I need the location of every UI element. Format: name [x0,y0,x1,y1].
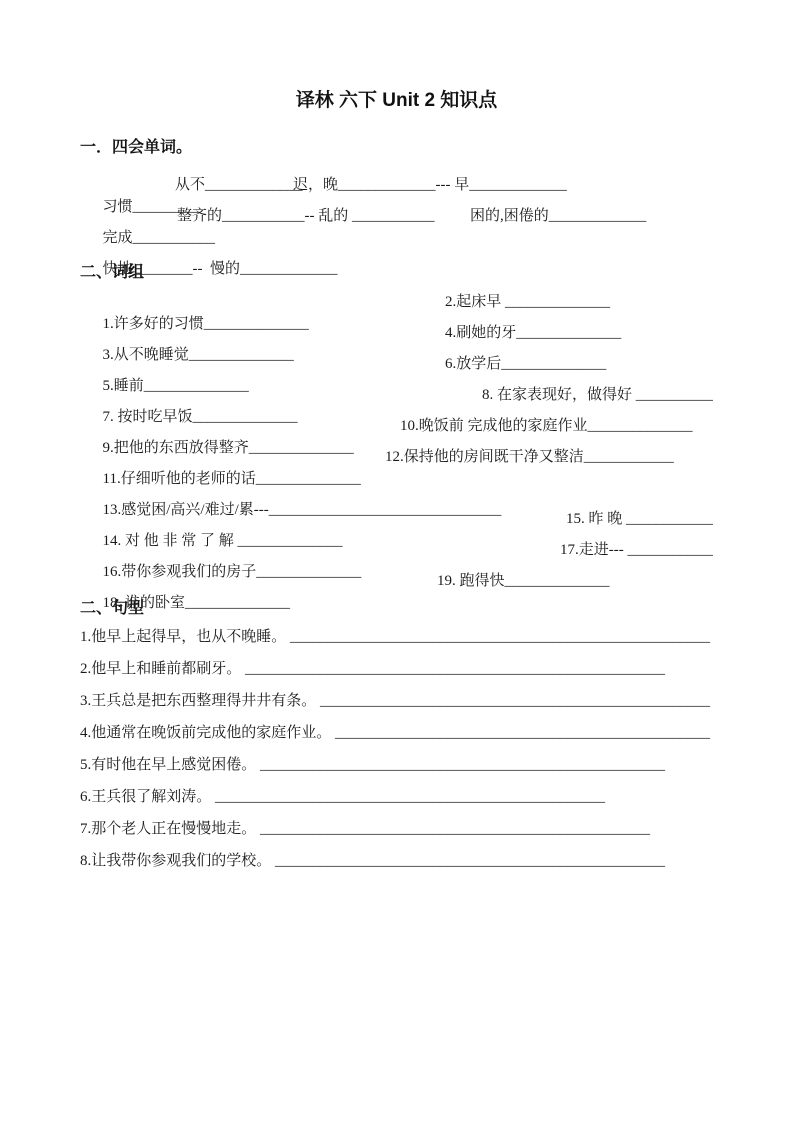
phrase-item-4: 4.刷她的牙______________ [445,322,621,344]
word-blank-late-early: 迟，晚_____________--- 早_____________ [293,174,567,196]
phrase-item-12: 12.保持他的房间既干净又整洁____________ [385,446,674,468]
sentence-item-6: 6.王兵很了解刘涛。 _____________________________… [80,786,713,808]
worksheet-page: 译林 六下 Unit 2 知识点 一．四会单词。 习惯_________ 从不_… [0,0,793,1122]
phrase-row-1: 1.许多好的习惯______________ 2.起床早 ___________… [80,291,713,313]
words-section-heading: 一．四会单词。 [80,136,713,160]
sentence-item-4: 4.他通常在晚饭前完成他的家庭作业。 _____________________… [80,722,713,744]
phrase-row-6: 11.仔细听他的老师的话______________ 12.保持他的房间既干净又… [80,446,713,468]
phrase-row-10: 18. 谁的卧室______________ 19. 跑得快__________… [80,570,713,592]
phrase-item-18: 18. 谁的卧室______________ [103,595,291,611]
phrase-item-8: 8. 在家表现好，做得好 ______________ [482,384,713,406]
page-content: 译林 六下 Unit 2 知识点 一．四会单词。 习惯_________ 从不_… [80,88,713,872]
word-blank-fast-slow: 快地________-- 慢的_____________ [103,261,338,277]
phrase-item-19: 19. 跑得快______________ [437,570,610,592]
sentence-item-3: 3.王兵总是把东西整理得井井有条。 ______________________… [80,690,713,712]
phrase-row-8: 14. 对 他 非 常 了 解 ______________ 15. 昨 晚 _… [80,508,713,530]
phrase-item-6: 6.放学后______________ [445,353,606,375]
phrase-item-17: 17.走进--- ______________ [560,539,713,561]
sentence-item-5: 5.有时他在早上感觉困倦。 __________________________… [80,754,713,776]
document-title: 译林 六下 Unit 2 知识点 [80,88,713,114]
phrase-item-10: 10.晚饭前 完成他的家庭作业______________ [400,415,693,437]
phrase-item-2: 2.起床早 ______________ [445,291,610,313]
phrase-item-15: 15. 昨 晚 ______________ [566,508,713,530]
phrase-row-7: 13.感觉困/高兴/难过/累---_______________________… [80,477,713,499]
word-line-1: 习惯_________ 从不_____________ 迟，晚_________… [80,174,713,196]
sentence-item-8: 8.让我带你参观我们的学校。 _________________________… [80,850,713,872]
word-line-2: 完成___________ 整齐的___________-- 乱的 ______… [80,205,713,227]
phrase-row-4: 7. 按时吃早饭______________ 8. 在家表现好，做得好 ____… [80,384,713,406]
sentence-item-7: 7.那个老人正在慢慢地走。 __________________________… [80,818,713,840]
word-line-3: 快地________-- 慢的_____________ [80,236,713,258]
phrase-row-2: 3.从不晚睡觉______________ 4.刷她的牙____________… [80,322,713,344]
phrase-row-5: 9.把他的东西放得整齐______________ 10.晚饭前 完成他的家庭作… [80,415,713,437]
word-blank-never: 从不_____________ [175,174,303,196]
sentence-item-1: 1.他早上起得早，也从不晚睡。 ________________________… [80,626,713,648]
phrase-row-9: 16.带你参观我们的房子______________ 17.走进--- ____… [80,539,713,561]
phrase-row-3: 5.睡前______________ 6.放学后______________ [80,353,713,375]
word-blank-sleepy: 困的,困倦的_____________ [470,205,646,227]
word-blank-tidy-messy: 整齐的___________-- 乱的 ___________ [177,205,435,227]
sentence-item-2: 2.他早上和睡前都刷牙。 ___________________________… [80,658,713,680]
